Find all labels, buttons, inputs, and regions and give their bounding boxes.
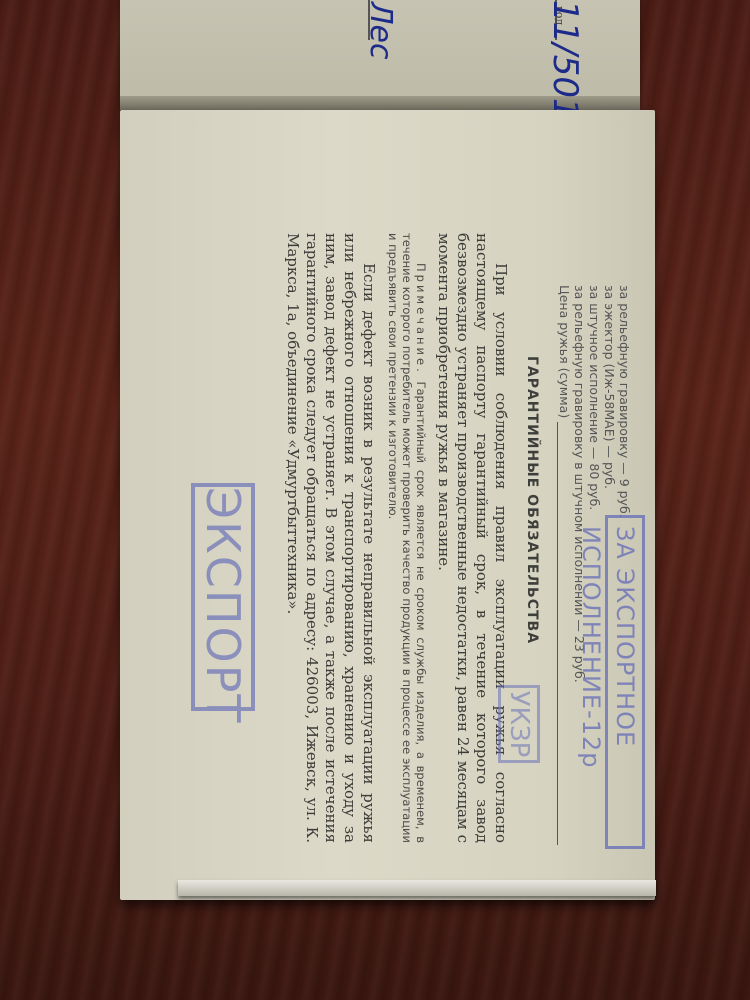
handwritten-signature: Лес (363, 2, 398, 60)
stamp-ussr: УКЗР (498, 685, 540, 763)
price-total-line: Цена ружья (сумма) (557, 285, 572, 845)
price-total-label: Цена ружья (сумма) (557, 285, 572, 418)
stamp-export: ЭКСПОРТ (191, 483, 255, 711)
warranty-page-content: за рельефную гравировку — 9 руб. за эжек… (130, 115, 650, 885)
warranty-note: Примечание. Гарантийный срок является не… (386, 233, 428, 843)
defect-paragraph-text: Если дефект возник в результате неправил… (284, 233, 378, 843)
price-total-blank (557, 422, 570, 845)
stamp-export-version: ЗА ЭКСПОРТНОЕ ИСПОЛНЕНИЕ-12р (605, 515, 645, 849)
defect-paragraph: Если дефект возник в результате неправил… (283, 233, 378, 843)
note-label: Примечание. (414, 263, 428, 375)
section-title: ГАРАНТИЙНЫЕ ОБЯЗАТЕЛЬСТВА (524, 115, 540, 885)
